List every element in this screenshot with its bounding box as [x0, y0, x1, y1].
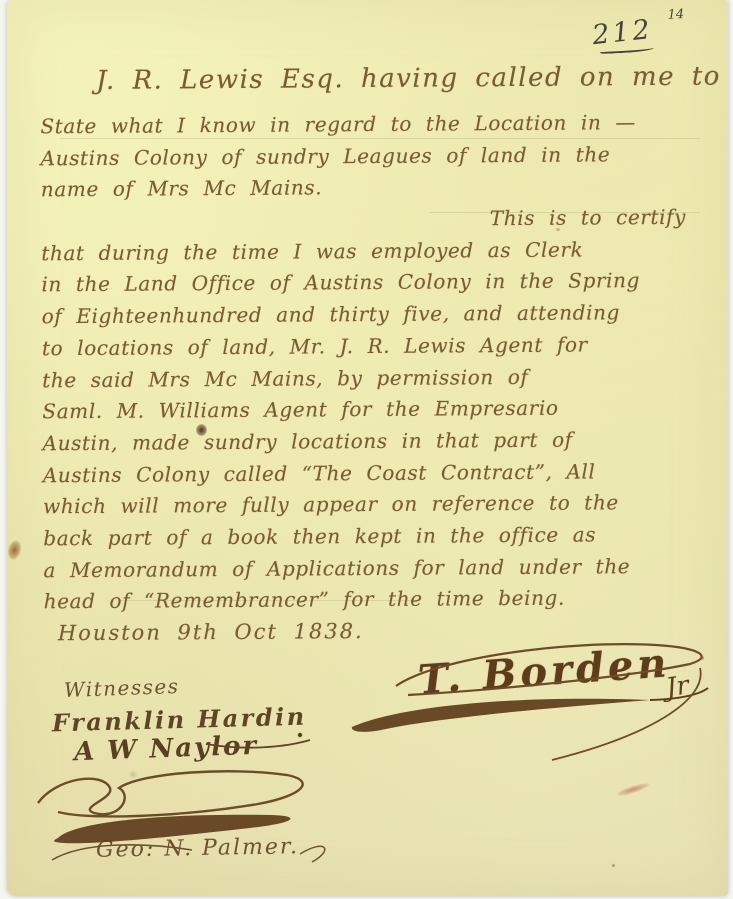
letter-line: Saml. M. Williams Agent for the Empresar… — [42, 395, 699, 431]
folio-index-number: 14 — [667, 7, 684, 23]
letter-line: the said Mrs Mc Mains, by permission of — [42, 363, 699, 399]
letter-line: name of Mrs Mc Mains. — [41, 173, 698, 209]
letter-line: Austins Colony called “The Coast Contrac… — [43, 458, 700, 494]
letter-line: a Memorandum of Applications for land un… — [43, 553, 700, 589]
letter-line: back part of a book then kept in the off… — [43, 522, 700, 558]
letter-line: State what I know in regard to the Locat… — [40, 110, 697, 146]
witnesses-label: Witnesses — [64, 674, 180, 702]
scanned-manuscript-page: { "folio": { "number": "212", "index": "… — [0, 0, 733, 899]
letter-line: This is to certify — [41, 205, 698, 241]
letter-line: Austin, made sundry locations in that pa… — [43, 427, 700, 463]
letter-line: head of “Remembrancer” for the time bein… — [44, 585, 701, 621]
letter-body: J. R. Lewis Esq. having called on me to … — [40, 58, 701, 653]
letter-line: in the Land Office of Austins Colony in … — [41, 268, 698, 304]
letter-line: of Eighteenhundred and thirty five, and … — [42, 300, 699, 336]
letter-line: to locations of land, Mr. J. R. Lewis Ag… — [42, 332, 699, 368]
witness-signature-palmer: Geo: N. Palmer. — [96, 834, 299, 863]
letter-line: Austins Colony of sundry Leagues of land… — [41, 141, 698, 177]
letter-line: J. R. Lewis Esq. having called on me to — [40, 58, 697, 115]
letter-line: that during the time I was employed as C… — [41, 236, 698, 272]
letter-line: which will more fully appear on referenc… — [43, 490, 700, 526]
signature-borden-suffix: Jr — [664, 671, 691, 704]
witness-signature-naylor: A W Naylor — [74, 731, 259, 767]
